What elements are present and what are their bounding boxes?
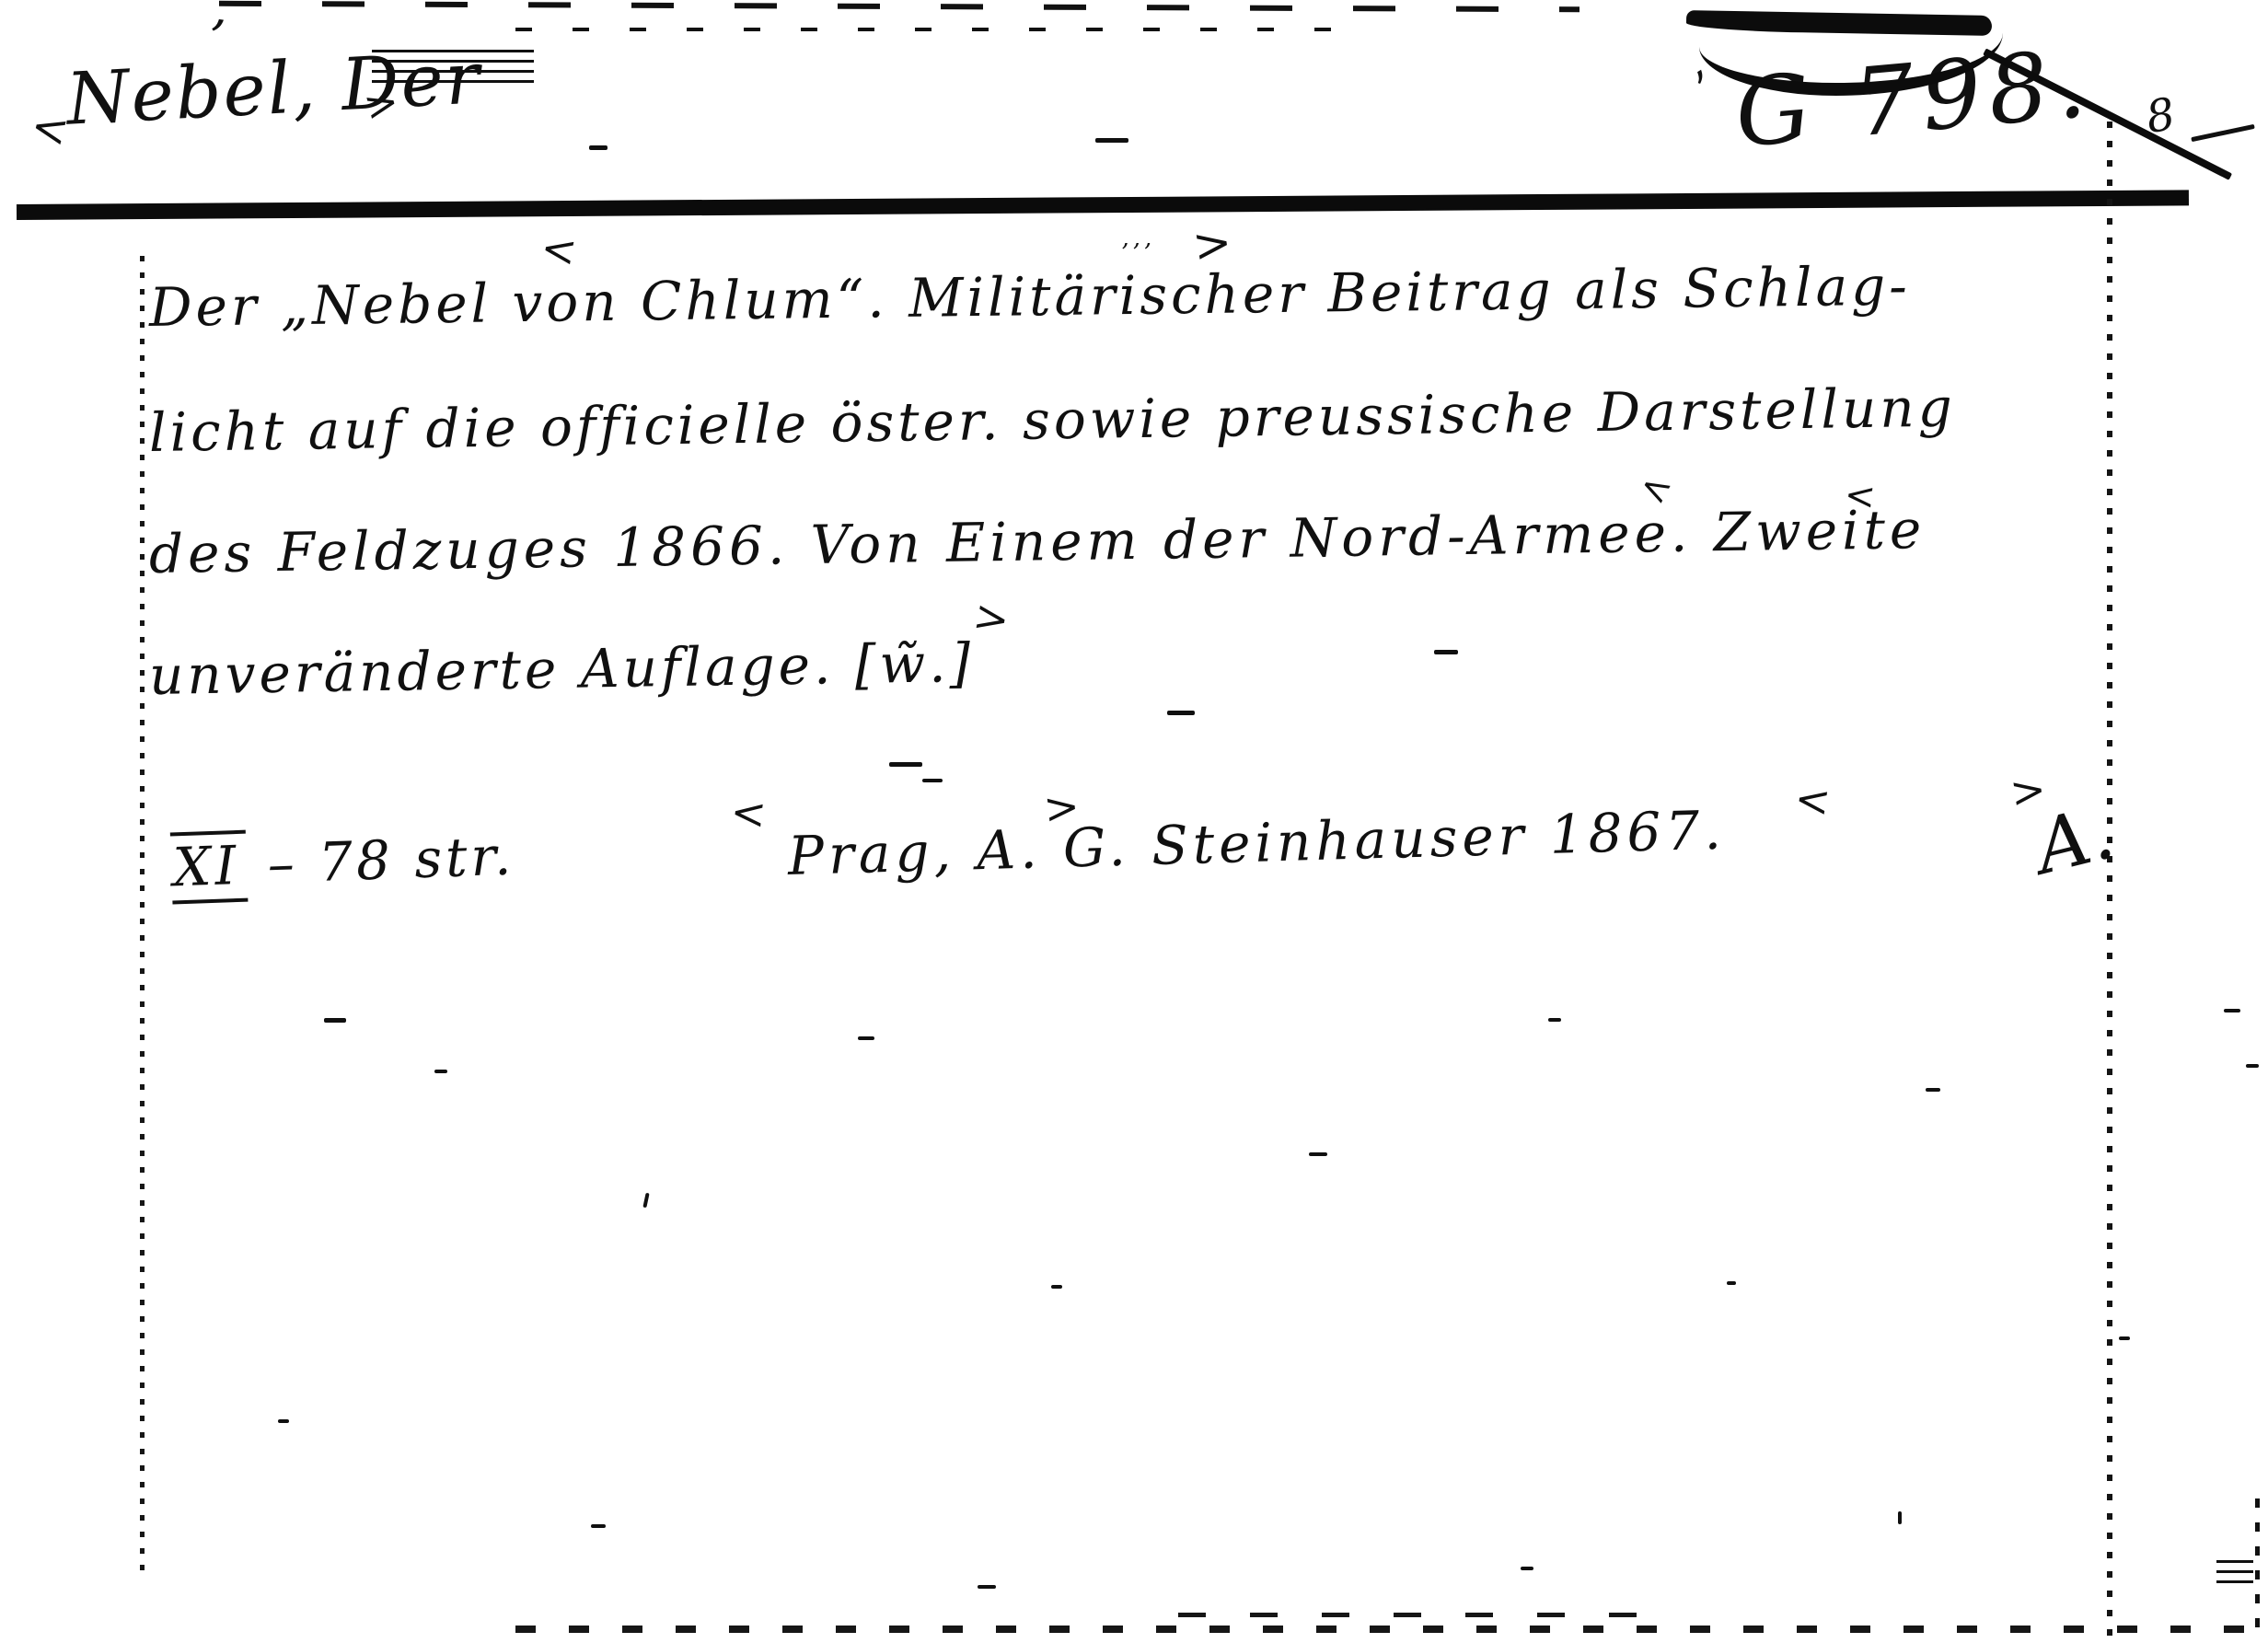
- scan-noise: [372, 46, 534, 83]
- caret-mark-icon: <: [728, 786, 769, 839]
- tick-marks-icon: ’’’: [1121, 239, 1155, 267]
- scan-noise: [1898, 1511, 1902, 1524]
- scan-noise: [2255, 1498, 2260, 1637]
- header-rule: [17, 190, 2189, 220]
- scan-noise: [2216, 1556, 2253, 1583]
- caret-mark-icon: <: [538, 222, 581, 277]
- caret-mark-icon: <: [26, 99, 75, 158]
- collation-statement: XI – 78 str.: [170, 825, 515, 899]
- catalog-card: Nebel, Der G 798. 8 < ’ > ’ Der „Nebel v…: [0, 0, 2268, 1643]
- scan-noise: [1051, 1285, 1062, 1289]
- scan-noise: [278, 1419, 289, 1423]
- body-line: licht auf die officielle öster. sowie pr…: [149, 376, 1957, 464]
- scan-noise: [858, 1036, 874, 1040]
- caret-mark-icon: >: [1189, 214, 1235, 272]
- caret-mark-icon: >: [970, 590, 1013, 645]
- scan-noise: [591, 1524, 606, 1528]
- scan-noise: [978, 1585, 996, 1589]
- collation-pages: – 78 str.: [267, 825, 516, 896]
- scan-noise: [1167, 711, 1195, 715]
- caret-mark-icon: <: [1791, 773, 1834, 827]
- scan-noise: [515, 1626, 2268, 1633]
- scan-noise: [2191, 124, 2255, 142]
- body-line: Der „Nebel von Chlum“. Militärischer Bei…: [149, 255, 1912, 339]
- scan-noise: [1095, 138, 1128, 143]
- scan-noise: [2224, 1009, 2240, 1012]
- scan-noise: [1178, 1613, 1657, 1617]
- left-margin-dotted-line: [140, 256, 145, 1579]
- scan-noise: [1727, 1281, 1736, 1285]
- scan-noise: [2119, 1336, 2130, 1340]
- scan-noise: [1521, 1567, 1533, 1570]
- scan-noise: [922, 779, 943, 782]
- scan-noise: [1548, 1018, 1561, 1022]
- scan-noise: [515, 28, 1362, 31]
- right-margin-dotted-line: [2107, 121, 2112, 1643]
- scan-noise: [642, 1193, 649, 1208]
- collation-roman-numeral: XI: [170, 830, 249, 905]
- scan-noise: [219, 1, 1579, 12]
- scan-noise: [589, 145, 607, 150]
- caret-mark-icon: >: [1041, 781, 1082, 834]
- imprint-statement: Prag, A. G. Steinhauser 1867.: [787, 799, 1727, 887]
- scan-noise: [1926, 1088, 1940, 1092]
- scan-noise: [2246, 1064, 2259, 1068]
- scan-noise: [434, 1070, 447, 1073]
- scan-noise: [889, 762, 922, 767]
- body-line: unveränderte Auflage. [w̃.]: [148, 631, 974, 707]
- caret-mark-icon: <: [1843, 473, 1878, 518]
- scan-noise: [1434, 650, 1458, 654]
- scan-noise: [1309, 1152, 1327, 1156]
- caret-mark-icon: >: [2007, 764, 2049, 818]
- scan-noise: [324, 1018, 346, 1023]
